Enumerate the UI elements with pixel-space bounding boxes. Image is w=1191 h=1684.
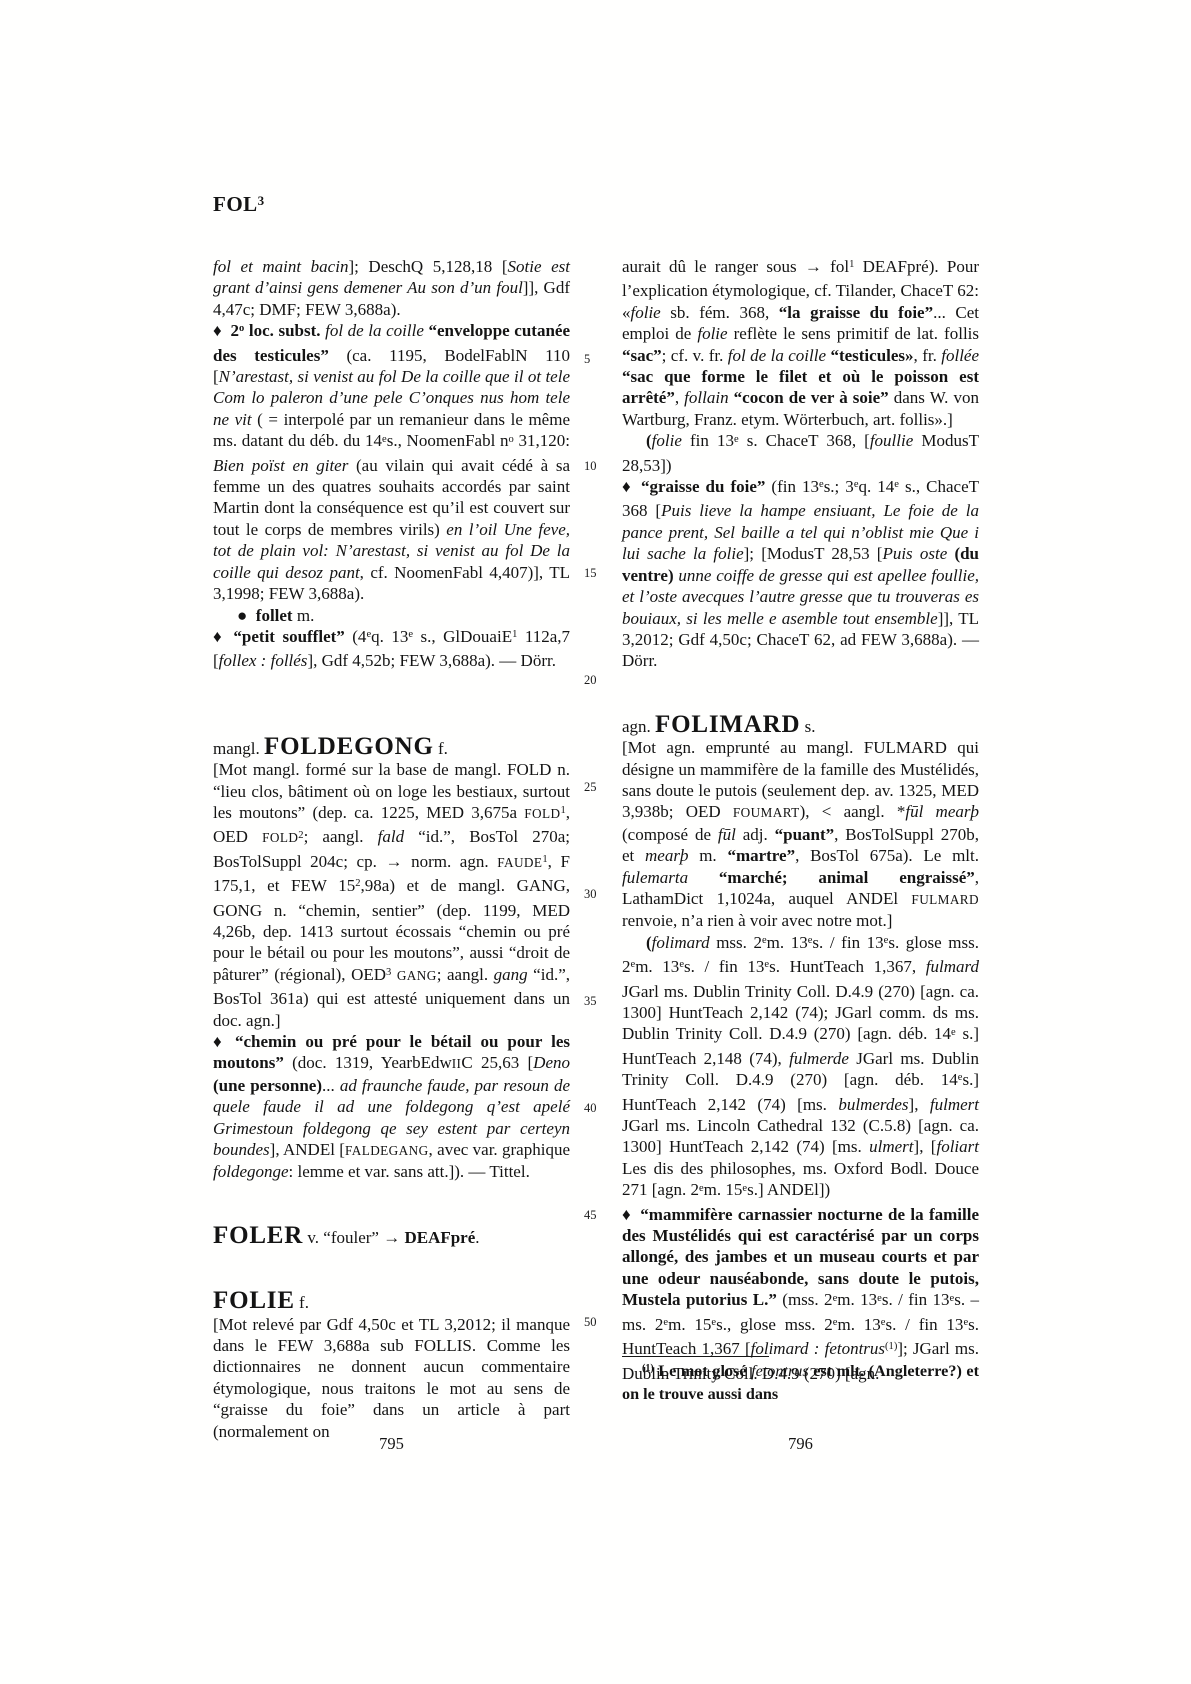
text-run: s. / fin 13 (882, 1290, 950, 1309)
dictionary-page: FOL3 fol et maint bacin]; DeschQ 5,128,1… (0, 0, 1191, 1684)
text-run: ], [ (914, 1137, 937, 1156)
text-run: e (742, 1183, 747, 1194)
text-run: foldegonge (213, 1162, 289, 1181)
text-run: f. (295, 1293, 309, 1312)
text-run: Bien poïst en giter (213, 456, 348, 475)
text-run: 3 (386, 967, 391, 978)
text-run: e (382, 434, 387, 445)
text-run: ]; [ModusT 28,53 [ (744, 544, 883, 563)
text-run: s. (800, 717, 815, 736)
text-run: 2 (355, 878, 360, 889)
text-run: ♦ (213, 321, 231, 340)
text-run: m. 13 (767, 933, 808, 952)
text-run: 1 (849, 259, 854, 270)
text-run: renvoie, n’a rien à voir avec notre mot.… (622, 911, 892, 930)
text-run: s.; 3 (824, 477, 854, 496)
text-run: mangl. (213, 739, 264, 758)
text-run: ♦ (213, 1032, 235, 1051)
text-run: DEAFpré (404, 1228, 475, 1247)
text-run: FOLD (262, 830, 298, 845)
text-run: 3 (258, 193, 265, 208)
text-run: (une personne) (213, 1076, 322, 1095)
sense-folie: ♦ “graisse du foie” (fin 13es.; 3eq. 14e… (622, 476, 979, 672)
text-run: follée (941, 346, 979, 365)
attestations-folimard: (folimard mss. 2em. 13es. / fin 13es. gl… (622, 932, 979, 1204)
text-run: Le mot glosé (654, 1362, 751, 1380)
text-run: FOL (213, 192, 258, 216)
text-run: ]; DeschQ 5,128,18 [ (348, 257, 507, 276)
text-run: FOUMART (733, 805, 800, 820)
text-run: FOLER (213, 1222, 303, 1249)
line-number: 50 (584, 1316, 614, 1329)
text-run: ulmert (869, 1137, 913, 1156)
footnote-rule (622, 1356, 769, 1357)
text-run: e (833, 1317, 838, 1328)
text-run: m. 15 (704, 1180, 743, 1199)
text-run: s. HuntTeach 1,367, (769, 957, 926, 976)
footnote: (1) Le mot glosé fetontrus est mlt. (Ang… (622, 1361, 979, 1406)
text-run: fetontrus (751, 1362, 809, 1380)
text-run: e (951, 1027, 956, 1038)
text-run: II (452, 1056, 462, 1071)
text-run: o (239, 323, 244, 334)
text-run: e (894, 479, 899, 490)
text-run: e (833, 1293, 838, 1304)
text-run: , BosTol 675a). Le mlt. (795, 846, 979, 865)
footnote-1: (1) Le mot glosé fetontrus est mlt. (Ang… (622, 1361, 979, 1406)
text-run: e (711, 1317, 716, 1328)
text-run: FOLIE (213, 1287, 295, 1314)
text-run: e (764, 959, 769, 970)
text-run (688, 868, 719, 887)
text-run: foullie (870, 431, 913, 450)
text-run: e (808, 935, 813, 946)
text-run: e (819, 479, 824, 490)
text-run: m. 13 (837, 1290, 877, 1309)
text-run: (1) (885, 1341, 897, 1352)
text-run: e (366, 629, 371, 640)
text-run: FULMARD (911, 892, 979, 907)
text-run: FALDEGANG (345, 1143, 429, 1158)
text-run: agn. (622, 717, 655, 736)
text-run: reflète le sens primitif de lat. follis (728, 324, 979, 343)
text-run: , (675, 388, 684, 407)
text-run: s. / fin 13 (812, 933, 883, 952)
text-run: folie (631, 303, 661, 322)
text-run: (fin 13 (765, 477, 819, 496)
text-run: e (958, 1072, 963, 1083)
line-number: 15 (584, 567, 614, 580)
text-run: (4 (345, 627, 367, 646)
text-run: e (881, 1317, 886, 1328)
text-run: fulmert (930, 1095, 979, 1114)
text-run: fin 13 (682, 431, 734, 450)
text-run: e (877, 1293, 882, 1304)
text-run: 2 (231, 321, 240, 340)
text-run: : lemme et var. sans att.]). — Tittel. (289, 1162, 530, 1181)
text-run: JGarl ms. Dublin Trinity Coll. D.4.9 (27… (622, 982, 979, 1044)
text-run: ♦ (622, 1205, 640, 1224)
text-run: 1 (512, 629, 517, 640)
text-run: (mss. 2 (777, 1290, 833, 1309)
entry-head-folimard: agn. FOLIMARD s. (622, 714, 979, 737)
text-run: (doc. 1319, YearbEdw (284, 1053, 452, 1072)
etymology-foldegong: [Mot mangl. formé sur la base de mangl. … (213, 759, 570, 1031)
text-run: foliart (936, 1137, 979, 1156)
text-run: s.] ANDEl]) (747, 1180, 830, 1199)
text-run: (composé de (622, 825, 718, 844)
text-run: v. “fouler” → (303, 1228, 404, 1247)
derive-follet: ● follet m. (213, 605, 570, 626)
text-run: s. / fin 13 (684, 957, 764, 976)
entry-head-folie: FOLIE f. (213, 1290, 570, 1313)
text-run: m. 13 (635, 957, 679, 976)
text-run: q. 14 (859, 477, 895, 496)
text-run: m. 13 (837, 1315, 880, 1334)
text-run: ... (322, 1076, 340, 1095)
text-run: ; cf. v. fr. (662, 346, 728, 365)
text-run: aurait dû le ranger sous → fol (622, 257, 849, 276)
text-run: s., GlDouaiE (413, 627, 512, 646)
text-run: adj. (736, 825, 775, 844)
text-run: “graisse du foie” (641, 477, 765, 496)
text-run: “la graisse du foie” (779, 303, 933, 322)
text-run: e (963, 1317, 968, 1328)
text-run: fulmard (926, 957, 979, 976)
text-run: ● (237, 606, 256, 625)
text-run: folimard : fetontrus (751, 1339, 885, 1358)
text-run: fol de la coille (325, 321, 428, 340)
text-run: “testicules» (830, 346, 913, 365)
entry-fol-continuation: fol et maint bacin]; DeschQ 5,128,18 [So… (213, 256, 570, 320)
text-run: 2 (298, 830, 303, 841)
text-run: e (734, 434, 739, 445)
text-run: C 25,63 [ (461, 1053, 533, 1072)
text-run: e (631, 959, 636, 970)
text-run: e (408, 629, 413, 640)
text-run: folie (652, 431, 682, 450)
text-run: ♦ (622, 477, 641, 496)
text-run: e (663, 1317, 668, 1328)
text-run: ], Gdf 4,52b; FEW 3,688a). — Dörr. (307, 651, 556, 670)
text-run: ], ANDEl [ (270, 1140, 345, 1159)
text-run: (1) (642, 1363, 654, 1374)
text-run: o (509, 434, 514, 445)
sense-foldegong: ♦ “chemin ou pré pour le bétail ou pour … (213, 1031, 570, 1183)
etymology-folie: [Mot relevé par Gdf 4,50c et TL 3,2012; … (213, 1314, 570, 1442)
line-number: 10 (584, 460, 614, 473)
text-run: mearþ (645, 846, 688, 865)
text-run: fald (378, 827, 404, 846)
text-run: folie (697, 324, 727, 343)
etymology-folie-continuation: aurait dû le ranger sous → fol1 DEAFpré)… (622, 256, 979, 430)
text-run: s. / fin 13 (885, 1315, 963, 1334)
text-run: fol et maint bacin (213, 257, 348, 276)
text-run: ), < aangl. * (800, 802, 906, 821)
text-run: GANG (397, 968, 437, 983)
text-run: 1 (560, 805, 565, 816)
running-head-text: FOL3 (213, 192, 265, 217)
text-run: 1 (542, 854, 547, 865)
text-run: FAUDE (497, 855, 542, 870)
text-run: loc. subst. (244, 321, 325, 340)
text-run: Deno (533, 1053, 570, 1072)
text-run: e (762, 935, 767, 946)
line-number: 40 (584, 1102, 614, 1115)
column-left: fol et maint bacin]; DeschQ 5,128,18 [So… (213, 256, 570, 1416)
text-run: “sac” (622, 346, 662, 365)
text-run: folimard (652, 933, 710, 952)
text-run: e (884, 935, 889, 946)
line-number: 25 (584, 781, 614, 794)
line-number: 20 (584, 674, 614, 687)
sense-2-fol-de-la-coille: ♦ 2o loc. subst. fol de la coille “envel… (213, 320, 570, 604)
text-run: “puant” (775, 825, 835, 844)
text-run: m. (688, 846, 727, 865)
text-run: Puis oste (882, 544, 947, 563)
text-run: q. 13 (371, 627, 408, 646)
line-number: 35 (584, 995, 614, 1008)
page-number-left: 795 (213, 1434, 570, 1454)
text-run: sb. fém. 368, (661, 303, 779, 322)
text-run: f. (434, 739, 448, 758)
text-run: fulemarta (622, 868, 688, 887)
line-number: 45 (584, 1209, 614, 1222)
line-number: 30 (584, 888, 614, 901)
text-run: e (699, 1183, 704, 1194)
text-run: , avec var. graphique (429, 1140, 570, 1159)
column-right: aurait dû le ranger sous → fol1 DEAFpré)… (622, 256, 979, 1416)
text-run: “cocon de ver à soie” (734, 388, 889, 407)
text-run: s. ChaceT 368, [ (739, 431, 870, 450)
text-run: m. (293, 606, 315, 625)
text-run: [Mot mangl. formé sur la base de mangl. … (213, 760, 570, 822)
text-run: . (475, 1228, 479, 1247)
text-run: [Mot relevé par Gdf 4,50c et TL 3,2012; … (213, 1315, 570, 1441)
text-run: m. 15 (668, 1315, 711, 1334)
text-run: follex : follés (219, 651, 308, 670)
text-run: fol de la coille (728, 346, 826, 365)
text-run: ], (909, 1095, 930, 1114)
text-run: 31,120: (514, 431, 570, 450)
text-run: ♦ (213, 627, 233, 646)
text-run: “marché; animal engraissé” (719, 868, 975, 887)
text-run: e (679, 959, 684, 970)
text-run: mss. 2 (710, 933, 762, 952)
text-run: follain (684, 388, 728, 407)
text-run: ; aangl. (304, 827, 378, 846)
sense-follet: ♦ “petit soufflet” (4eq. 13e s., GlDouai… (213, 626, 570, 672)
text-run: ; aangl. (437, 965, 494, 984)
text-run: FOLIMARD (655, 711, 800, 738)
etymology-folimard: [Mot agn. emprunté au mangl. FULMARD qui… (622, 737, 979, 932)
text-run: fulmerde (789, 1049, 849, 1068)
entry-head-foler: FOLER v. “fouler” → DEAFpré. (213, 1225, 570, 1248)
text-run: follet (256, 606, 293, 625)
running-head: FOL3 (213, 192, 265, 217)
text-run: e (950, 1293, 955, 1304)
text-run: “petit soufflet” (233, 627, 344, 646)
entry-head-foldegong: mangl. FOLDEGONG f. (213, 736, 570, 759)
text-run: e (854, 479, 859, 490)
text-run: bulmerdes (838, 1095, 908, 1114)
page-number-right: 796 (622, 1434, 979, 1454)
text-run: fūl mearþ (905, 802, 979, 821)
text-run: “martre” (727, 846, 795, 865)
text-run: fūl (718, 825, 736, 844)
text-run: s., NoomenFabl n (387, 431, 509, 450)
line-number: 5 (584, 353, 614, 366)
text-run: s., glose mss. 2 (716, 1315, 833, 1334)
text-run: , fr. (914, 346, 942, 365)
text-run: FOLD (524, 806, 560, 821)
attestations-folie: (folie fin 13e s. ChaceT 368, [foullie M… (622, 430, 979, 476)
text-run: gang (494, 965, 528, 984)
text-run: FOLDEGONG (264, 733, 434, 760)
